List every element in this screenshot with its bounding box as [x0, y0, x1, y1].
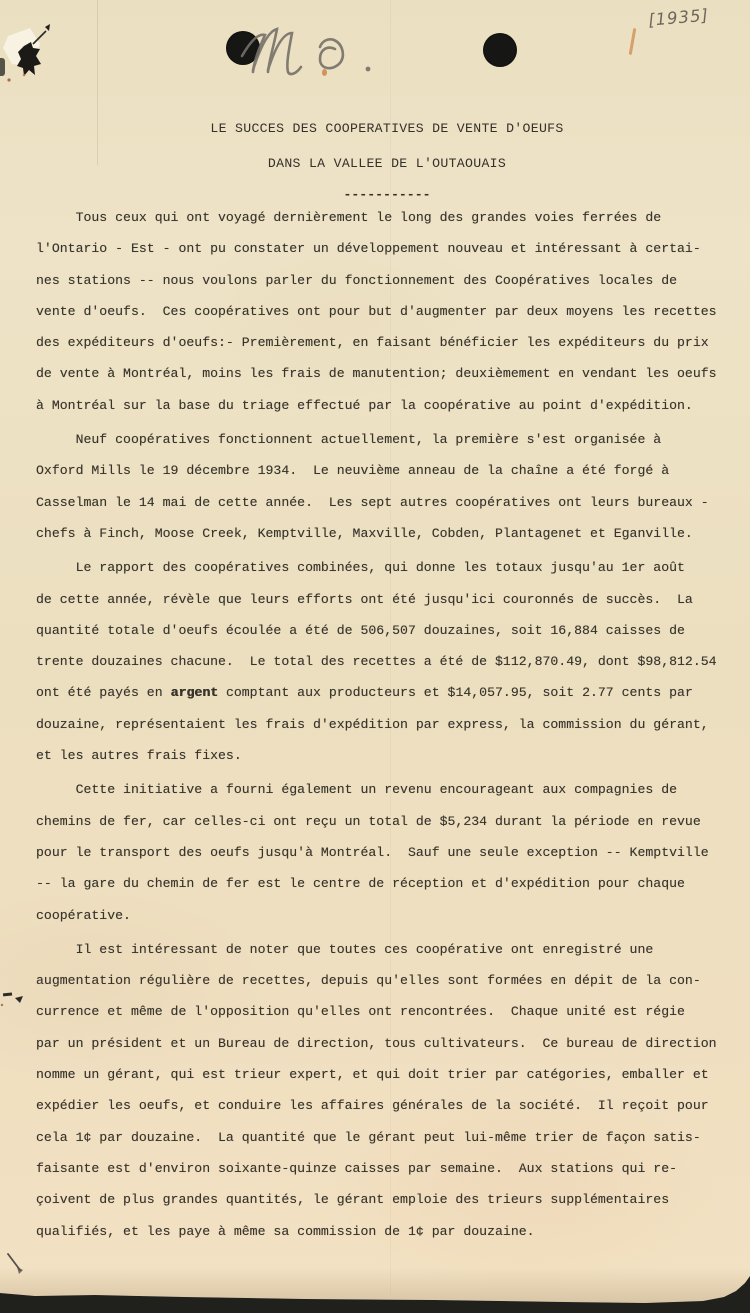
paragraph: Tous ceux qui ont voyagé dernièrement le…: [36, 202, 738, 421]
text-line: currence et même de l'opposition qu'elle…: [36, 996, 738, 1027]
text-line: qualifiés, et les paye à même sa commiss…: [36, 1216, 738, 1247]
text-line: par un président et un Bureau de directi…: [36, 1028, 738, 1059]
text-line: cela 1¢ par douzaine. La quantité que le…: [36, 1122, 738, 1153]
text-line: Le rapport des coopératives combinées, q…: [36, 552, 738, 583]
page-title-line1: LE SUCCES DES COOPERATIVES DE VENTE D'OE…: [36, 121, 738, 136]
text-line: nes stations -- nous voulons parler du f…: [36, 265, 738, 296]
paragraph: Cette initiative a fourni également un r…: [36, 774, 738, 930]
text-line: chefs à Finch, Moose Creek, Kemptville, …: [36, 518, 738, 549]
text-line: Il est intéressant de noter que toutes c…: [36, 934, 738, 965]
text-line: chemins de fer, car celles-ci ont reçu u…: [36, 806, 738, 837]
text-line: et les autres frais fixes.: [36, 740, 738, 771]
punch-hole-left: [226, 31, 260, 65]
text-line: nomme un gérant, qui est trieur expert, …: [36, 1059, 738, 1090]
text-line: Cette initiative a fourni également un r…: [36, 774, 738, 805]
text-line: Tous ceux qui ont voyagé dernièrement le…: [36, 202, 738, 233]
text-line: à Montréal sur la base du triage effectu…: [36, 390, 738, 421]
scanned-document-page: [1935] LE SUCCES DES COOPERATIVES DE VEN…: [0, 0, 750, 1313]
text-line: expédier les oeufs, et conduire les affa…: [36, 1090, 738, 1121]
text-line: l'Ontario - Est - ont pu constater un dé…: [36, 233, 738, 264]
document-body: Tous ceux qui ont voyagé dernièrement le…: [36, 202, 738, 1250]
text-line: de vente à Montréal, moins les frais de …: [36, 358, 738, 389]
text-line: faisante est d'environ soixante-quinze c…: [36, 1153, 738, 1184]
text-line: augmentation régulière de recettes, depu…: [36, 965, 738, 996]
text-line: coopérative.: [36, 900, 738, 931]
text-line: çoivent de plus grandes quantités, le gé…: [36, 1184, 738, 1215]
punch-hole-right: [483, 33, 517, 67]
text-line: Neuf coopératives fonctionnent actuellem…: [36, 424, 738, 455]
text-line: douzaine, représentaient les frais d'exp…: [36, 709, 738, 740]
text-line: de cette année, révèle que leurs efforts…: [36, 584, 738, 615]
paragraph: Il est intéressant de noter que toutes c…: [36, 934, 738, 1247]
text-line: pour le transport des oeufs jusqu'à Mont…: [36, 837, 738, 868]
text-line: vente d'oeufs. Ces coopératives ont pour…: [36, 296, 738, 327]
page-title-line2: DANS LA VALLEE DE L'OUTAOUAIS: [36, 156, 738, 171]
paragraph: Le rapport des coopératives combinées, q…: [36, 552, 738, 771]
title-separator-dashes: -----------: [36, 187, 738, 202]
paragraph: Neuf coopératives fonctionnent actuellem…: [36, 424, 738, 549]
text-line: des expéditeurs d'oeufs:- Premièrement, …: [36, 327, 738, 358]
text-line: Casselman le 14 mai de cette année. Les …: [36, 487, 738, 518]
text-line: trente douzaines chacune. Le total des r…: [36, 646, 738, 677]
text-line: -- la gare du chemin de fer est le centr…: [36, 868, 738, 899]
text-line: Oxford Mills le 19 décembre 1934. Le neu…: [36, 455, 738, 486]
text-line: quantité totale d'oeufs écoulée a été de…: [36, 615, 738, 646]
text-line: ont été payés en argent comptant aux pro…: [36, 677, 738, 708]
